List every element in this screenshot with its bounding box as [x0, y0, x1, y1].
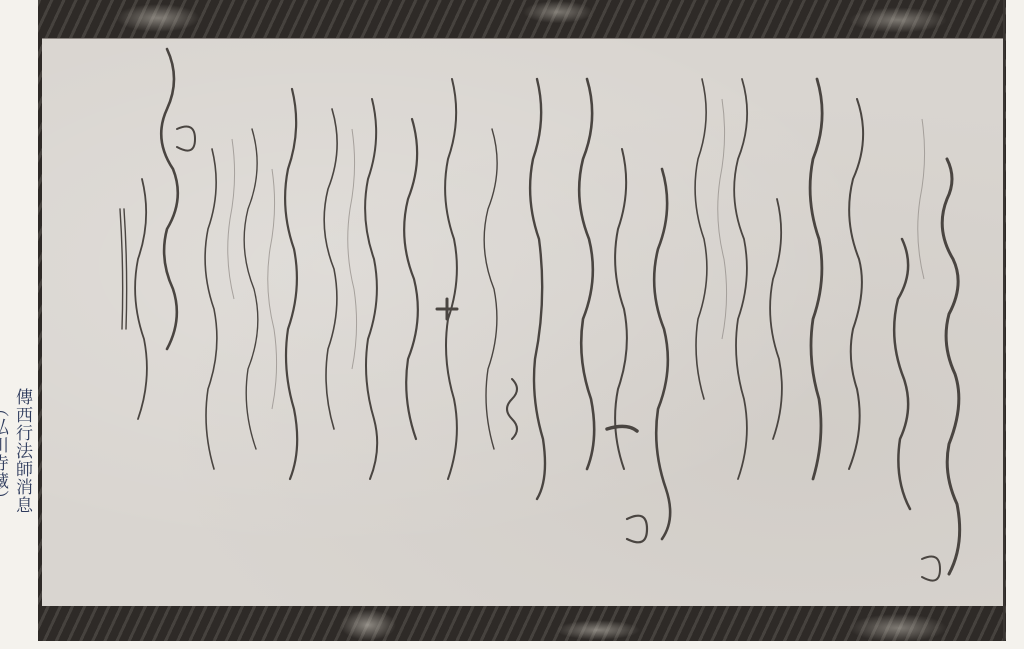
frame-edge-line — [1003, 0, 1005, 641]
caption-title: 傳西行法師消息 — [12, 388, 32, 514]
calligraphy-brushwork — [42, 39, 1003, 606]
postcard: 傳西行法師消息 （弘川寺藏） — [0, 0, 1024, 649]
caption-collection: （弘川寺藏） — [0, 400, 8, 508]
photo-caption: 傳西行法師消息 （弘川寺藏） — [8, 388, 34, 649]
calligraphy-paper — [42, 38, 1003, 606]
